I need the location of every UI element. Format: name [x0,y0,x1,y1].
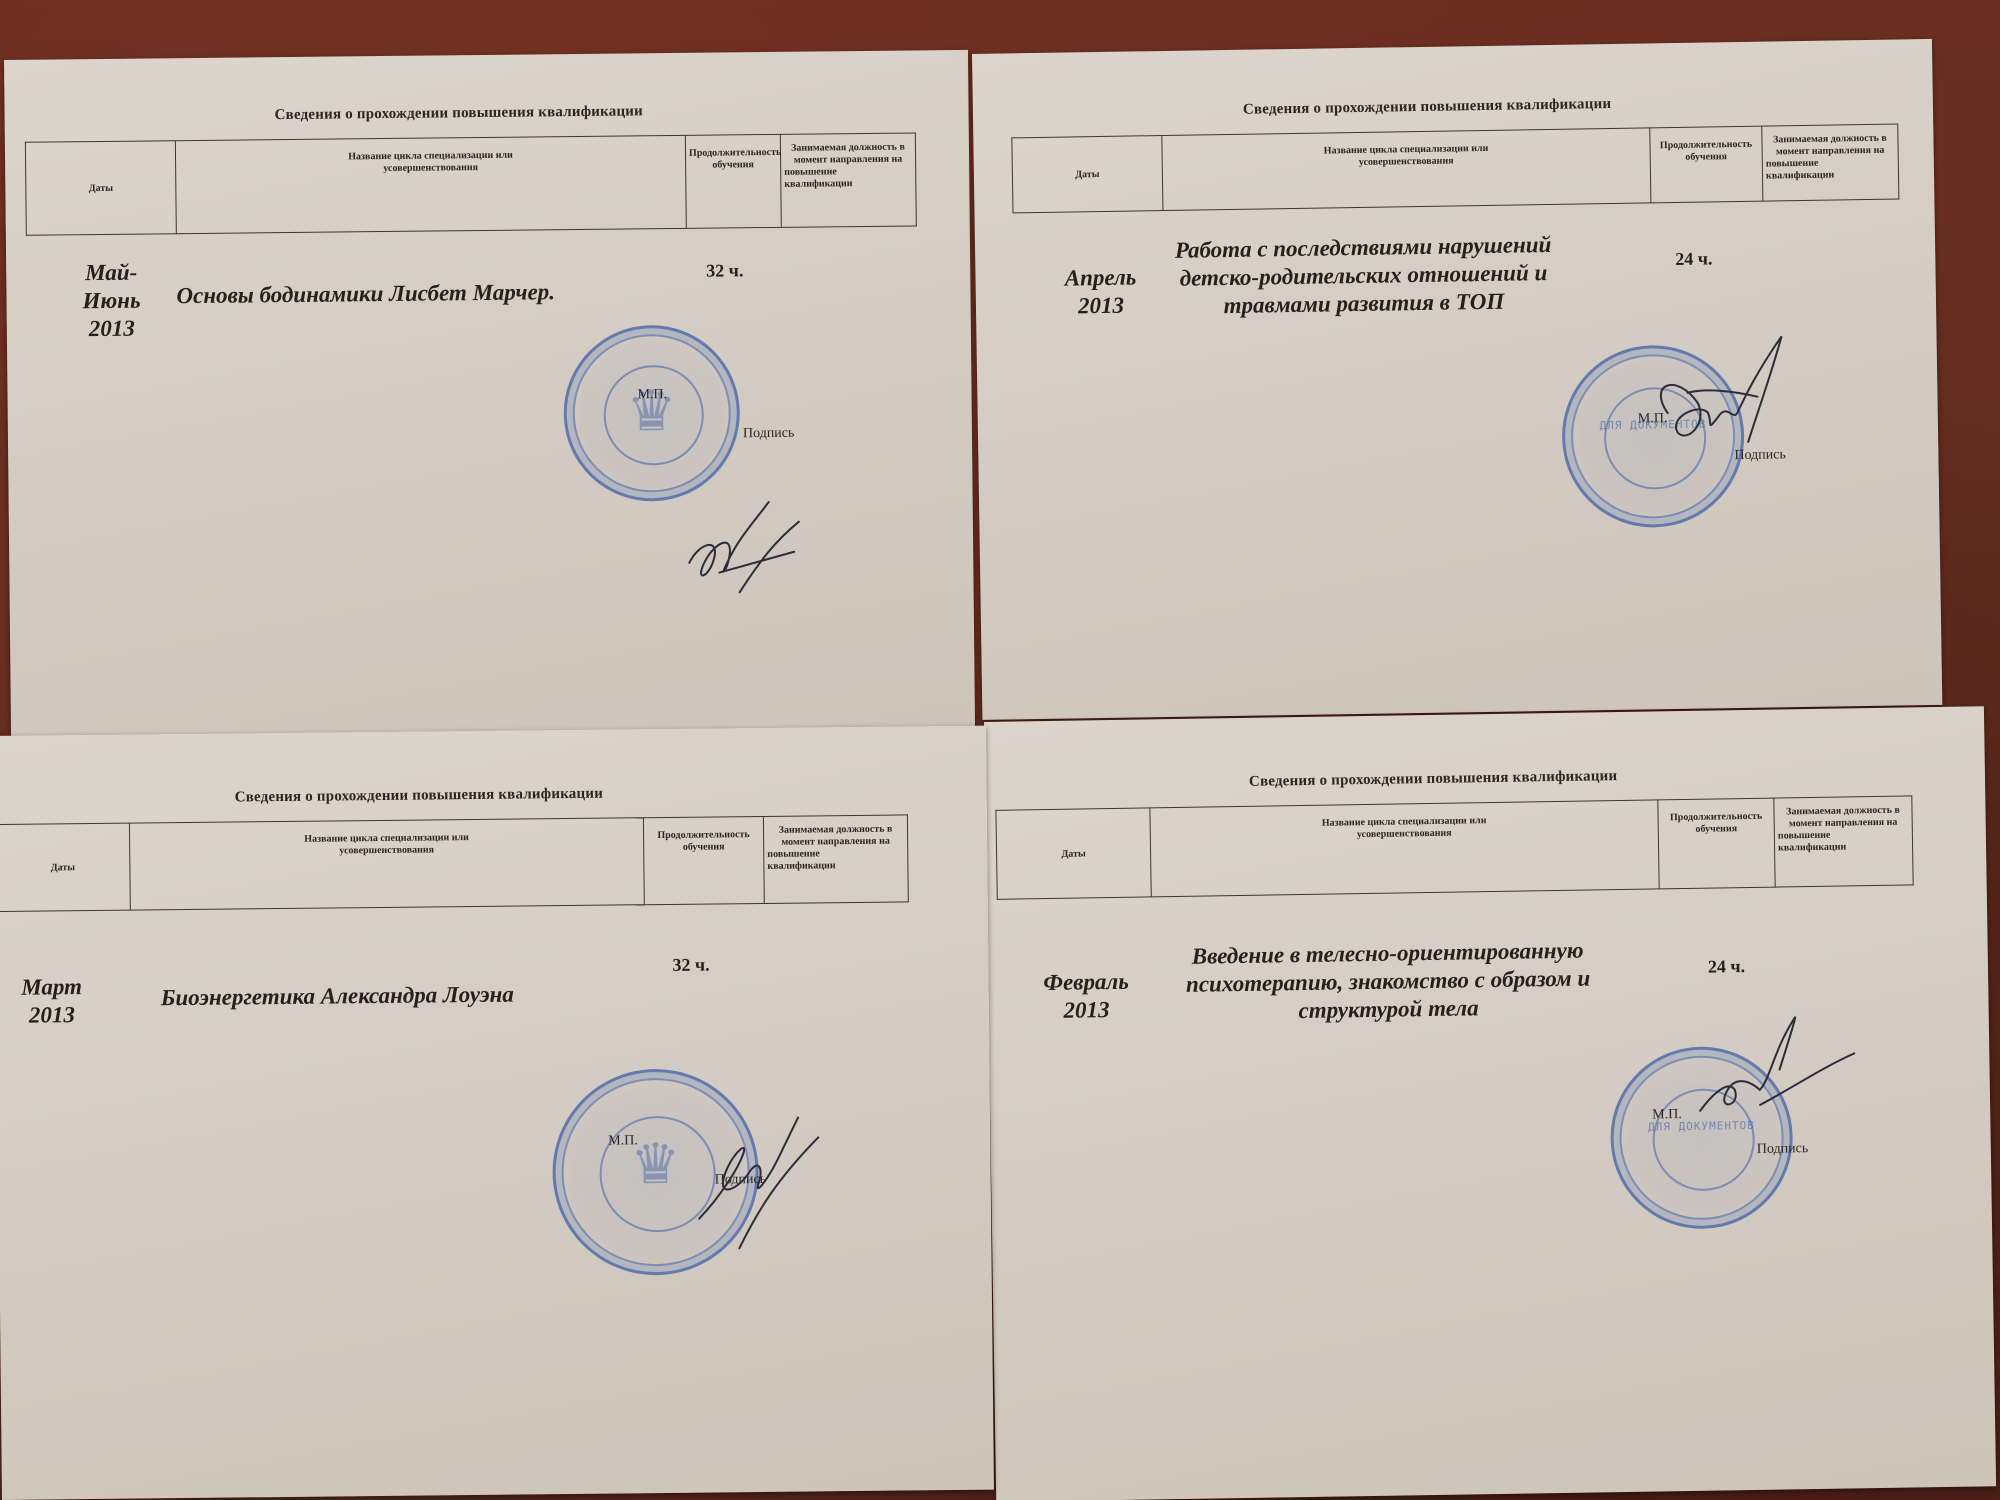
entry-dates: Март 2013 [6,973,97,1030]
entry-course-name: Работа с последствиями нарушений детско-… [1153,231,1574,322]
entry-course-name: Введение в телесно-ориентированную психо… [1157,936,1618,1027]
col-name-line: усовершенствования [1357,828,1452,840]
entry-dates: Февраль 2013 [1026,967,1147,1025]
col-position-line: момент направления на [767,835,904,848]
sheet-title: Сведения о прохождении повышения квалифи… [1249,768,1618,791]
handwritten-signature-icon [678,1097,830,1259]
date-line: 2013 [1063,997,1109,1023]
col-dates: Даты [1012,136,1163,213]
date-line: 2013 [89,316,135,341]
col-dates: Даты [996,808,1151,899]
col-duration: Продолжительность обучения [685,134,781,228]
course-line: структурой тела [1298,995,1479,1023]
entry-hours: 32 ч. [706,260,743,281]
course-line: детско-родительских отношений и [1180,260,1548,291]
col-position-line: квалификации [767,859,904,872]
col-duration: Продолжительность обучения [643,816,764,904]
col-name-line: Название цикла специализации или [1322,815,1487,829]
date-line: Май- [85,260,137,286]
col-position-line: момент направления на [1766,145,1895,159]
entry-hours: 32 ч. [672,955,709,976]
col-duration-line: обучения [1685,151,1727,163]
date-line: Февраль [1043,969,1129,995]
date-line: 2013 [29,1002,75,1027]
col-name-line: усовершенствования [383,162,478,174]
document-sheet-may-june: Сведения о прохождении повышения квалифи… [4,50,975,746]
entry-course-name: Основы бодинамики Лисбет Марчер. [176,278,596,310]
header-table: Даты Название цикла специализации или ус… [0,814,909,912]
date-line: 2013 [1078,293,1124,319]
col-duration-line: обучения [1695,823,1737,835]
col-dates: Даты [0,823,130,911]
col-duration-line: Продолжительность [689,147,781,159]
col-position: Занимаемая должность в момент направлени… [780,133,916,227]
official-seal-stamp: ♛ [563,324,741,502]
col-name-line: Название цикла специализации или [348,150,513,163]
handwritten-signature-icon [1679,1008,1861,1151]
course-line: Биоэнергетика Александра Лоуэна [161,982,514,1011]
document-sheet-march: Сведения о прохождении повышения квалифи… [0,726,994,1500]
entry-hours: 24 ч. [1675,248,1712,270]
col-duration-line: Продолжительность [1670,811,1762,823]
col-course-name: Название цикла специализации или усоверш… [175,135,686,233]
col-duration-line: Продолжительность [1660,139,1752,151]
col-position-line: квалификации [784,177,912,190]
col-position: Занимаемая должность в момент направлени… [1774,796,1913,887]
col-duration-line: Продолжительность [657,829,749,841]
date-line: Июнь [82,288,140,314]
col-dates: Даты [25,141,176,236]
seal-place-label: М.П. [1652,1107,1682,1123]
col-position: Занимаемая должность в момент направлени… [763,815,908,904]
document-sheet-february: Сведения о прохождении повышения квалифи… [984,706,1996,1500]
sheet-title: Сведения о прохождении повышения квалифи… [235,786,604,807]
col-duration-line: обучения [712,159,754,170]
header-table: Даты Название цикла специализации или ус… [25,132,917,235]
col-course-name: Название цикла специализации или усоверш… [1150,800,1659,897]
course-line: психотерапию, знакомство с образом и [1186,966,1590,997]
col-position: Занимаемая должность в момент направлени… [1762,124,1899,201]
course-line: травмами развития в ТОП [1223,289,1504,318]
signature-label: Подпись [743,426,795,443]
header-table: Даты Название цикла специализации или ус… [995,795,1913,899]
header-table: Даты Название цикла специализации или ус… [1011,123,1899,213]
course-line: Работа с последствиями нарушений [1175,232,1552,263]
col-name-line: Название цикла специализации или [1324,143,1489,157]
sheet-title: Сведения о прохождении повышения квалифи… [275,103,644,124]
col-position-line: момент направления на [1778,816,1909,830]
col-duration: Продолжительность обучения [1658,798,1775,889]
col-name-line: Название цикла специализации или [304,832,469,845]
entry-course-name: Биоэнергетика Александра Лоуэна [161,980,601,1013]
col-duration-line: обучения [683,841,725,852]
entry-hours: 24 ч. [1708,956,1745,978]
col-position-line: квалификации [1778,840,1909,854]
handwritten-signature-icon [1636,331,1798,483]
entry-dates: Май- Июнь 2013 [56,258,167,343]
seal-place-label: М.П. [637,387,667,403]
date-line: Март [21,974,82,1000]
col-course-name: Название цикла специализации или усоверш… [129,818,644,910]
entry-dates: Апрель 2013 [1045,263,1156,321]
course-line: Введение в телесно-ориентированную [1192,938,1584,969]
col-name-line: усовершенствования [1359,155,1454,167]
sheet-title: Сведения о прохождении повышения квалифи… [1243,96,1612,119]
handwritten-signature-icon [678,482,809,623]
seal-place-label: М.П. [608,1133,638,1149]
col-duration: Продолжительность обучения [1650,126,1763,203]
col-position-line: момент направления на [784,153,912,166]
course-line: Основы бодинамики Лисбет Марчер. [176,279,555,308]
document-sheet-april: Сведения о прохождении повышения квалифи… [972,39,1942,720]
col-position-line: квалификации [1766,169,1895,183]
col-course-name: Название цикла специализации или усоверш… [1162,128,1651,211]
col-name-line: усовершенствования [339,844,434,856]
date-line: Апрель [1065,264,1137,290]
